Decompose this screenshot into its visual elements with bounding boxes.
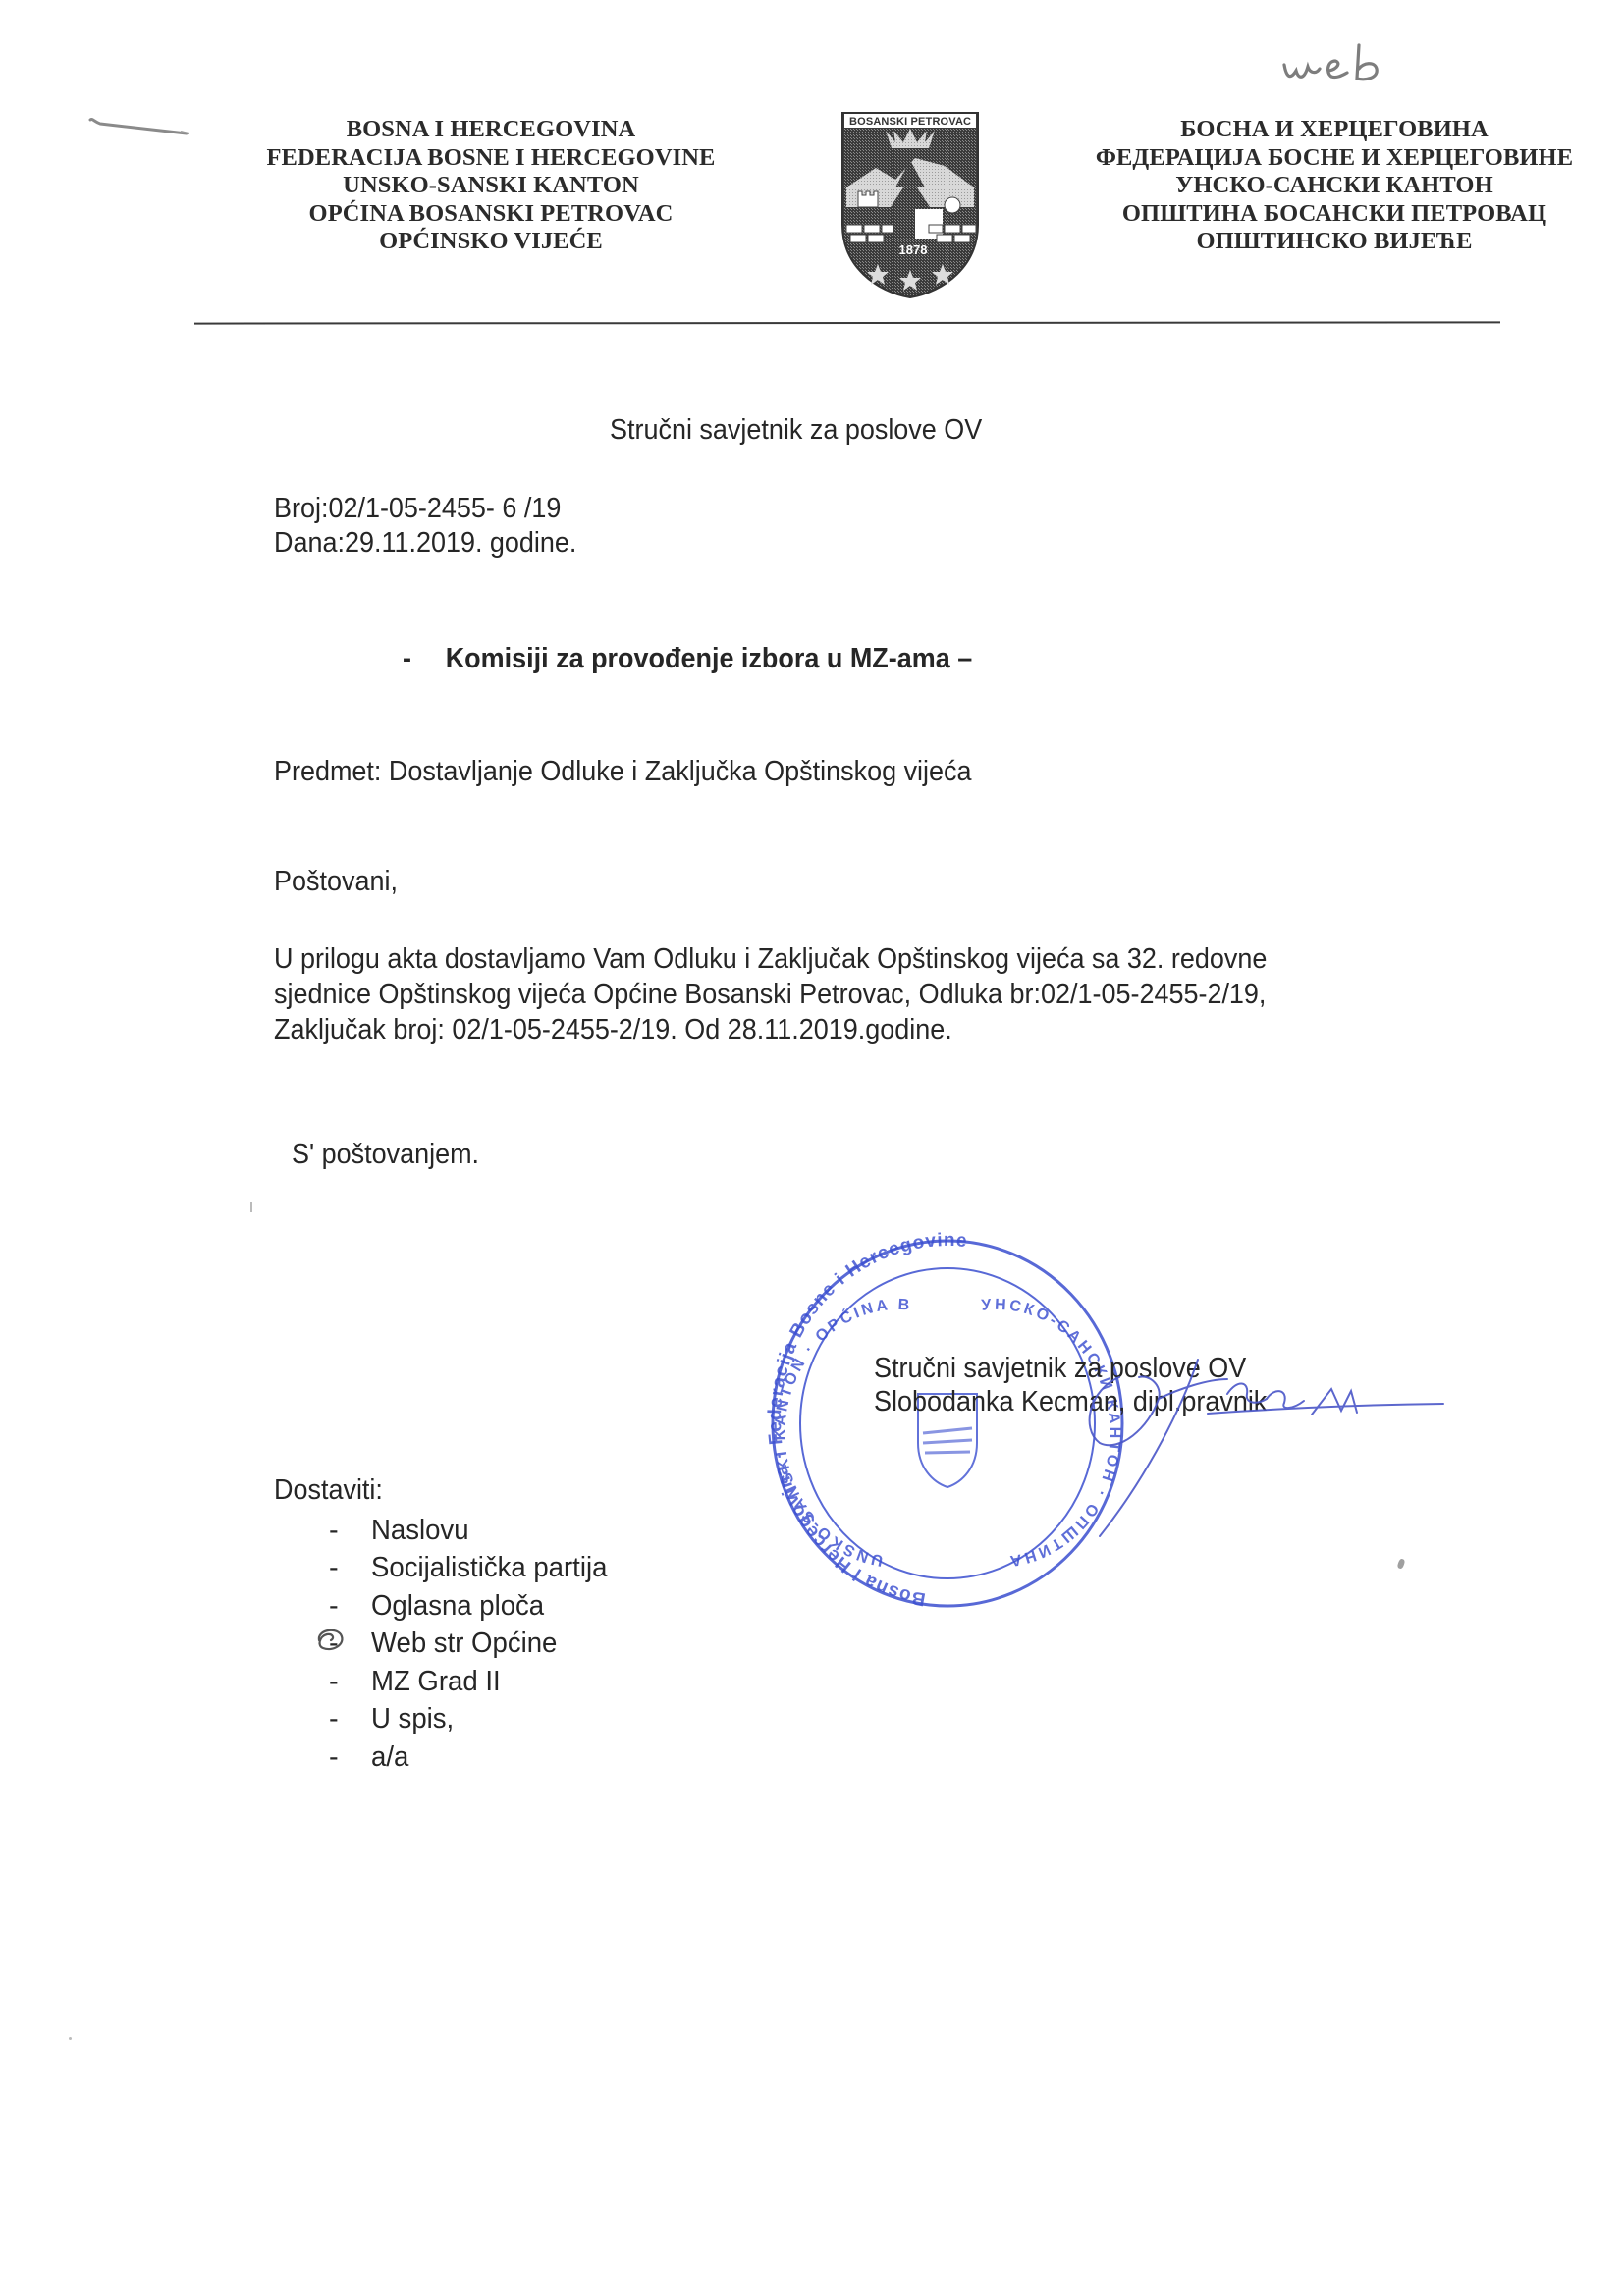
municipal-coat-of-arms-icon: BOSANSKI PETROVAC 1878 [837,109,984,300]
header-latin: BOSNA I HERCEGOVINA FEDERACIJA BOSNE I H… [196,116,785,256]
list-bullet: - [274,1741,371,1774]
distribution-item-label: U spis, [371,1703,454,1735]
recipient: Komisiji za provođenje izbora u MZ-ama – [446,643,973,674]
header-latin-line: FEDERACIJA BOSNE I HERCEGOVINE [196,144,785,173]
header-divider [194,321,1500,324]
list-bullet: - [274,1628,371,1660]
scan-speck [250,1202,252,1212]
header-latin-line: BOSNA I HERCEGOVINA [196,116,785,144]
list-bullet: - [274,1552,371,1584]
header-cyrillic-line: ОПШТИНА БОСАНСКИ ПЕТРОВАЦ [1045,200,1624,229]
scan-speck [69,2037,72,2040]
distribution-item: - a/a [274,1738,620,1777]
subject-line: Predmet: Dostavljanje Odluke i Zaključka… [274,756,972,788]
distribution-label: Dostaviti: [274,1474,383,1507]
distribution-item-label: Oglasna ploča [371,1590,544,1623]
list-bullet: - [274,1590,371,1623]
distribution-item-label: Web str Općine [371,1628,557,1660]
handwritten-signature [1080,1320,1453,1566]
header-latin-line: UNSKO-SANSKI KANTON [196,172,785,200]
distribution-item-label: Socijalistička partija [371,1552,607,1584]
reference-number: Broj:02/1-05-2455- 6 /19 [274,493,561,525]
distribution-item-label: a/a [371,1741,408,1774]
greeting: Poštovani, [274,866,398,898]
crest-year: 1878 [899,242,928,257]
distribution-item-label: Naslovu [371,1515,469,1547]
handwritten-web-note [1276,39,1404,88]
body-paragraph-line: Zaključak broj: 02/1-05-2455-2/19. Od 28… [274,1012,952,1047]
svg-text:BOSANSKI PETROVAC: BOSANSKI PETROVAC [849,116,971,128]
distribution-item: - Socijalistička partija [274,1550,620,1588]
header-cyrillic-line: УНСКО-САНСКИ КАНТОН [1045,172,1624,200]
header-cyrillic-line: БОСНА И ХЕРЦЕГОВИНА [1045,116,1624,144]
header-cyrillic-line: ОПШТИНСКО ВИЈЕЋЕ [1045,228,1624,256]
list-bullet: - [274,1666,371,1698]
distribution-item: - Oglasna ploča [274,1587,620,1626]
list-bullet: - [274,1703,371,1735]
official-round-stamp-icon: Bosna i Hercegovina - Federacija Bosne i… [766,1232,1129,1615]
header-cyrillic-line: ФЕДЕРАЦИЈА БОСНЕ И ХЕРЦЕГОВИНЕ [1045,144,1624,173]
list-bullet: - [274,1515,371,1547]
recipient-line: -Komisiji za provođenje izbora u MZ-ama … [403,643,972,675]
distribution-item: - Naslovu [274,1512,620,1550]
reference-date: Dana:29.11.2019. godine. [274,527,576,560]
recipient-dash: - [403,643,446,675]
distribution-item: - MZ Grad II [274,1663,620,1701]
body-paragraph-line: sjednice Opštinskog vijeća Općine Bosans… [274,977,1266,1012]
sender-title: Stručni savjetnik za poslove OV [610,414,982,447]
header-latin-line: OPĆINA BOSANSKI PETROVAC [196,200,785,229]
distribution-item: - Web str Općine [274,1626,620,1664]
distribution-item-label: MZ Grad II [371,1666,501,1698]
closing-salutation: S' poštovanjem. [292,1139,479,1171]
distribution-list: - Naslovu - Socijalistička partija - Ogl… [274,1512,620,1777]
handwritten-circle-mark-icon [313,1625,347,1654]
pen-stroke-mark [86,116,194,139]
distribution-item: - U spis, [274,1701,620,1739]
header-cyrillic: БОСНА И ХЕРЦЕГОВИНА ФЕДЕРАЦИЈА БОСНЕ И Х… [1045,116,1624,256]
header-latin-line: OPĆINSKO VIJEĆE [196,228,785,256]
body-paragraph-line: U prilogu akta dostavljamo Vam Odluku i … [274,941,1267,977]
